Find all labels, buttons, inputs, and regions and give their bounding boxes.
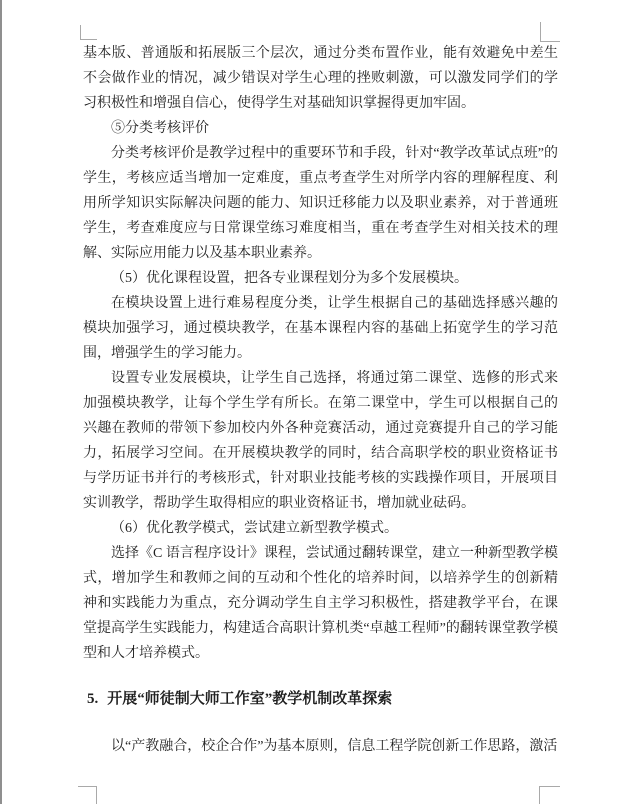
document-body[interactable]: 基本版、普通版和拓展版三个层次，通过分类布置作业，能有效避免中差生不会做作业的情… bbox=[83, 41, 558, 759]
crop-mark-bottom-right bbox=[539, 786, 560, 804]
section-heading-number: 5. bbox=[87, 691, 98, 707]
page-left-edge bbox=[0, 0, 2, 804]
body-paragraph-item-6: （6）优化教学模式，尝试建立新型教学模式。 bbox=[83, 516, 558, 541]
body-paragraph: 分类考核评价是教学过程中的重要环节和手段，针对“教学改革试点班”的学生，考核应适… bbox=[83, 141, 558, 266]
document-page: 基本版、普通版和拓展版三个层次，通过分类布置作业，能有效避免中差生不会做作业的情… bbox=[0, 0, 635, 804]
crop-mark-top-left bbox=[80, 25, 97, 40]
body-paragraph-list-item-5: ⑤分类考核评价 bbox=[83, 116, 558, 141]
body-paragraph: 基本版、普通版和拓展版三个层次，通过分类布置作业，能有效避免中差生不会做作业的情… bbox=[83, 41, 558, 116]
body-paragraph: 设置专业发展模块，让学生自己选择，将通过第二课堂、选修的形式来加强模块教学，让每… bbox=[83, 366, 558, 516]
crop-mark-top-right bbox=[540, 22, 560, 42]
body-paragraph: 选择《C 语言程序设计》课程，尝试通过翻转课堂，建立一种新型教学模式，增加学生和… bbox=[83, 541, 558, 666]
body-paragraph-item-5: （5）优化课程设置，把各专业课程划分为多个发展模块。 bbox=[83, 266, 558, 291]
body-paragraph: 以“产教融合，校企合作”为基本原则，信息工程学院创新工作思路，激活 bbox=[83, 734, 558, 759]
crop-mark-bottom-left bbox=[78, 786, 97, 804]
body-paragraph: 在模块设置上进行难易程度分类，让学生根据自己的基础选择感兴趣的模块加强学习，通过… bbox=[83, 291, 558, 366]
section-heading-title: 开展“师徒制大师工作室”教学机制改革探索 bbox=[107, 691, 392, 707]
section-heading: 5.开展“师徒制大师工作室”教学机制改革探索 bbox=[83, 687, 558, 712]
